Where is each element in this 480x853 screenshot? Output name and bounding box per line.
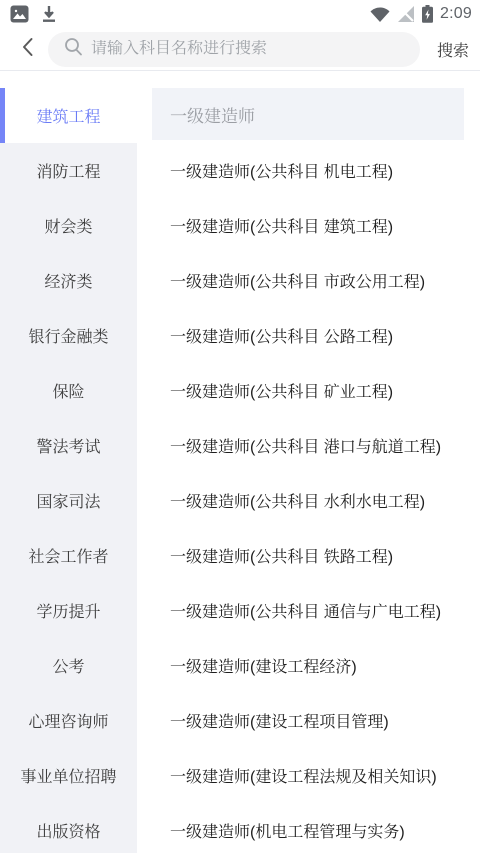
subject-item[interactable]: 一级建造师(公共科目 机电工程) [152, 143, 464, 198]
subject-item[interactable]: 一级建造师(公共科目 矿业工程) [152, 363, 464, 418]
download-icon [40, 5, 58, 24]
no-signal-icon [397, 6, 415, 23]
status-bar: 2:09 [0, 0, 480, 28]
sidebar-item[interactable]: 出版资格 [0, 803, 137, 853]
sidebar-item[interactable]: 心理咨询师 [0, 693, 137, 748]
sidebar-item[interactable]: 事业单位招聘 [0, 748, 137, 803]
subject-item[interactable]: 一级建造师(公共科目 铁路工程) [152, 528, 464, 583]
status-bar-right: 2:09 [370, 5, 472, 23]
sidebar-item[interactable]: 银行金融类 [0, 308, 137, 363]
status-bar-left [10, 5, 58, 24]
subject-item[interactable]: 一级建造师(公共科目 通信与广电工程) [152, 583, 464, 638]
chevron-left-icon [21, 37, 34, 62]
subject-item[interactable]: 一级建造师(公共科目 公路工程) [152, 308, 464, 363]
status-time: 2:09 [440, 5, 472, 23]
back-button[interactable] [6, 28, 48, 71]
battery-charging-icon [422, 5, 433, 23]
sidebar-item[interactable]: 经济类 [0, 253, 137, 308]
subject-item[interactable]: 一级建造师(建设工程法规及相关知识) [152, 748, 464, 803]
sidebar-item[interactable]: 财会类 [0, 198, 137, 253]
subject-item[interactable]: 一级建造师(公共科目 港口与航道工程) [152, 418, 464, 473]
sidebar-item[interactable]: 社会工作者 [0, 528, 137, 583]
search-header: 搜索 [0, 28, 480, 71]
wifi-icon [370, 6, 390, 23]
magnifier-icon [64, 37, 83, 61]
sidebar-item[interactable]: 消防工程 [0, 143, 137, 198]
sidebar-item[interactable]: 警法考试 [0, 418, 137, 473]
search-input[interactable] [91, 40, 406, 58]
sidebar-item[interactable]: 学历提升 [0, 583, 137, 638]
subject-list: 一级建造师一级建造师(公共科目 机电工程)一级建造师(公共科目 建筑工程)一级建… [152, 88, 480, 853]
category-sidebar: 建筑工程消防工程财会类经济类银行金融类保险警法考试国家司法社会工作者学历提升公考… [0, 88, 137, 853]
sidebar-item[interactable]: 建筑工程 [0, 88, 137, 143]
subject-group-header: 一级建造师 [152, 88, 464, 140]
search-field[interactable] [48, 32, 420, 67]
sidebar-item[interactable]: 国家司法 [0, 473, 137, 528]
subject-item[interactable]: 一级建造师(机电工程管理与实务) [152, 803, 464, 853]
search-button[interactable]: 搜索 [426, 38, 480, 61]
content-area: 建筑工程消防工程财会类经济类银行金融类保险警法考试国家司法社会工作者学历提升公考… [0, 88, 480, 853]
sidebar-item[interactable]: 公考 [0, 638, 137, 693]
subject-item[interactable]: 一级建造师(建设工程经济) [152, 638, 464, 693]
sidebar-item[interactable]: 保险 [0, 363, 137, 418]
subject-item[interactable]: 一级建造师(公共科目 市政公用工程) [152, 253, 464, 308]
subject-item[interactable]: 一级建造师(公共科目 建筑工程) [152, 198, 464, 253]
subject-item[interactable]: 一级建造师(建设工程项目管理) [152, 693, 464, 748]
subject-item[interactable]: 一级建造师(公共科目 水利水电工程) [152, 473, 464, 528]
image-icon [10, 5, 29, 23]
